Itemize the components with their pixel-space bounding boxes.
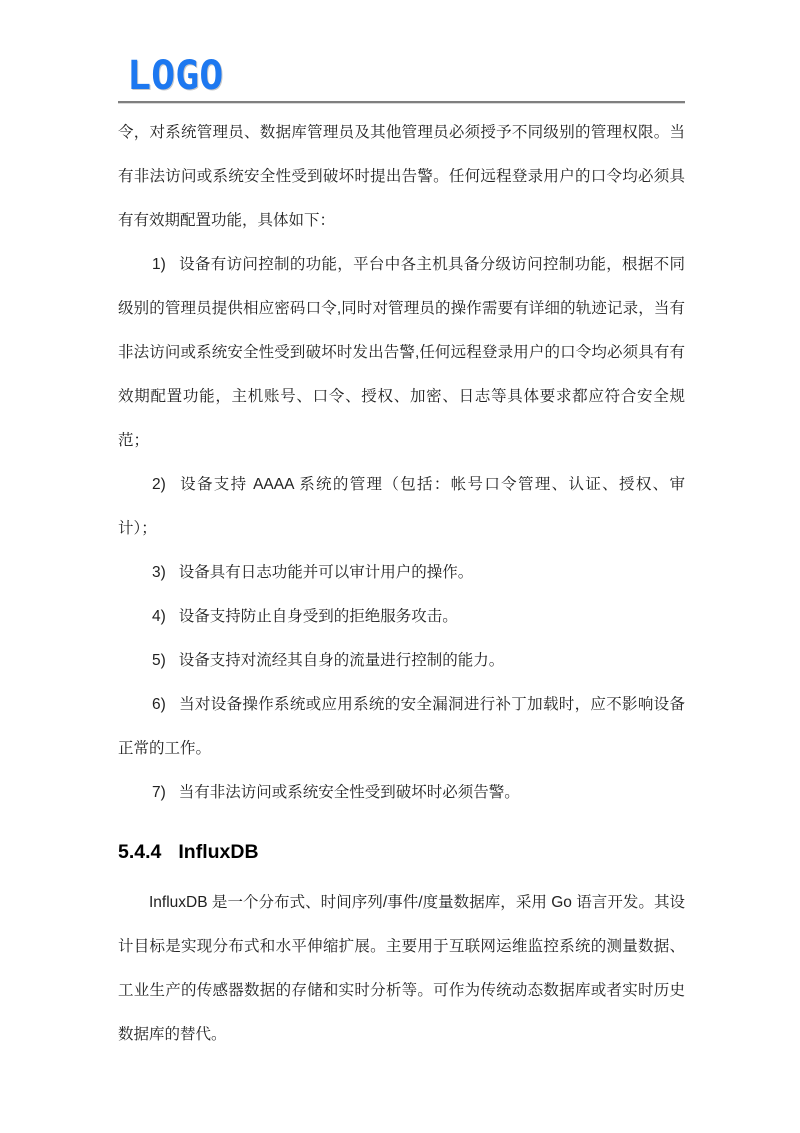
list-item-5-number: 5): [152, 652, 179, 669]
list-item-1: 1)设备有访问控制的功能，平台中各主机具备分级访问控制功能，根据不同级别的管理员…: [118, 243, 685, 463]
section-heading-influxdb: 5.4.4InfluxDB: [118, 838, 685, 866]
document-body: 令，对系统管理员、数据库管理员及其他管理员必须授予不同级别的管理权限。当有非法访…: [118, 111, 685, 1057]
list-item-2-text: 设备支持 AAAA 系统的管理（包括：帐号口令管理、认证、授权、审计）；: [118, 476, 685, 537]
page-header: LOGO: [118, 56, 685, 104]
list-item-7-number: 7): [152, 784, 179, 801]
paragraph-influxdb-description: InfluxDB 是一个分布式、时间序列/事件/度量数据库，采用 Go 语言开发…: [118, 881, 685, 1057]
paragraph-access-control-intro: 令，对系统管理员、数据库管理员及其他管理员必须授予不同级别的管理权限。当有非法访…: [118, 111, 685, 243]
section-number: 5.4.4: [118, 841, 161, 863]
list-item-3-number: 3): [152, 564, 179, 581]
list-item-4: 4)设备支持防止自身受到的拒绝服务攻击。: [118, 595, 685, 639]
list-item-6-number: 6): [152, 696, 179, 713]
list-item-1-number: 1): [152, 256, 179, 273]
list-item-3-text: 设备具有日志功能并可以审计用户的操作。: [179, 564, 474, 581]
list-item-4-number: 4): [152, 608, 179, 625]
list-item-6-text: 当对设备操作系统或应用系统的安全漏洞进行补丁加载时，应不影响设备正常的工作。: [118, 696, 685, 757]
list-item-7: 7)当有非法访问或系统安全性受到破坏时必须告警。: [118, 771, 685, 815]
list-item-4-text: 设备支持防止自身受到的拒绝服务攻击。: [179, 608, 458, 625]
section-title: InfluxDB: [178, 841, 258, 863]
list-item-1-text: 设备有访问控制的功能，平台中各主机具备分级访问控制功能，根据不同级别的管理员提供…: [118, 256, 685, 449]
list-item-5: 5)设备支持对流经其自身的流量进行控制的能力。: [118, 639, 685, 683]
company-logo: LOGO: [127, 56, 685, 96]
document-page: LOGO 令，对系统管理员、数据库管理员及其他管理员必须授予不同级别的管理权限。…: [0, 0, 800, 1133]
list-item-7-text: 当有非法访问或系统安全性受到破坏时必须告警。: [179, 784, 520, 801]
list-item-2-number: 2): [152, 476, 179, 493]
list-item-2: 2)设备支持 AAAA 系统的管理（包括：帐号口令管理、认证、授权、审计）；: [118, 463, 685, 551]
list-item-3: 3)设备具有日志功能并可以审计用户的操作。: [118, 551, 685, 595]
list-item-5-text: 设备支持对流经其自身的流量进行控制的能力。: [179, 652, 505, 669]
header-divider: [118, 101, 685, 104]
list-item-6: 6)当对设备操作系统或应用系统的安全漏洞进行补丁加载时，应不影响设备正常的工作。: [118, 683, 685, 771]
